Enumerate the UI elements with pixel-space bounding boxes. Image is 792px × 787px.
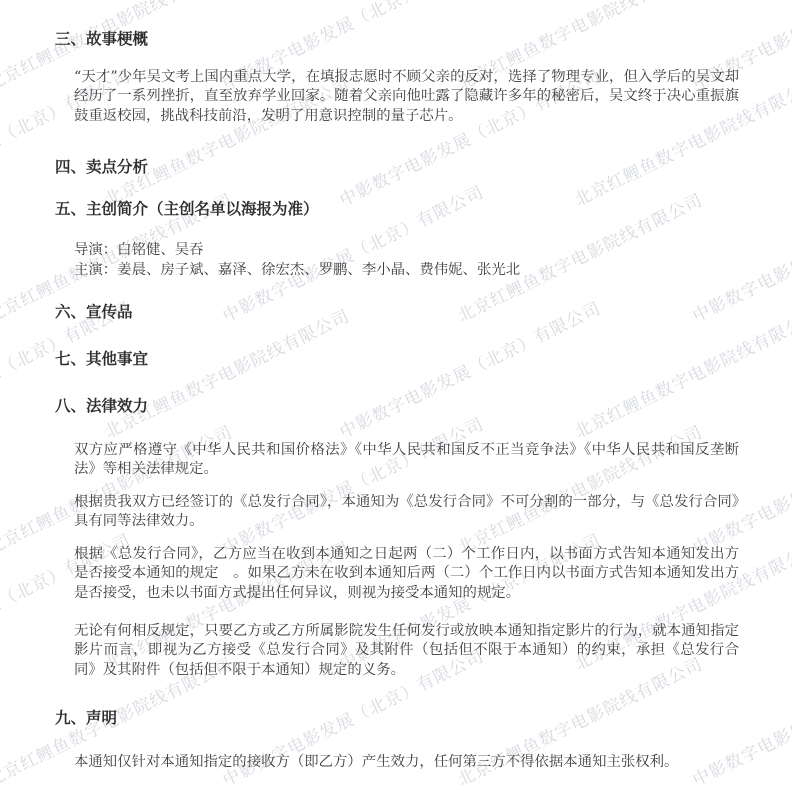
section-heading-promo-materials: 六、宣传品 [55,304,133,321]
director-line: 导演：白铭健、吴吞 [74,241,739,261]
section-heading-story-synopsis: 三、故事梗概 [55,31,148,48]
paragraph-legal-3: 根据《总发行合同》，乙方应当在收到本通知之日起两（二）个工作日内，以书面方式告知… [74,545,739,603]
credits-block: 导演：白铭健、吴吞 主演：姜晨、房子斌、嘉泽、徐宏杰、罗鹏、李小晶、费伟妮、张光… [74,241,739,280]
paragraph-legal-1: 双方应严格遵守《中华人民共和国价格法》《中华人民共和国反不正当竞争法》《中华人民… [74,441,739,480]
section-heading-statement: 九、声明 [55,710,117,727]
document-content: 三、故事梗概 “天才”少年吴文考上国内重点大学，在填报志愿时不顾父亲的反对，选择… [0,0,792,787]
paragraph-legal-4: 无论有何相反规定，只要乙方或乙方所属影院发生任何发行或放映本通知指定影片的行为，… [74,622,739,680]
cast-line: 主演：姜晨、房子斌、嘉泽、徐宏杰、罗鹏、李小晶、费伟妮、张光北 [74,261,739,281]
paragraph-legal-2: 根据贵我双方已经签订的《总发行合同》，本通知为《总发行合同》不可分割的一部分，与… [74,493,739,532]
section-heading-legal-effect: 八、法律效力 [55,398,148,415]
section-heading-selling-points: 四、卖点分析 [55,159,148,176]
section-heading-main-creators: 五、主创简介（主创名单以海报为准） [55,201,319,218]
paragraph-statement: 本通知仅针对本通知指定的接收方（即乙方）产生效力，任何第三方不得依据本通知主张权… [74,753,739,772]
section-heading-other-matters: 七、其他事宜 [55,351,148,368]
document-page: 中影数字电影发展（北京）有限公司北京红鲤鱼数字电影院线有限公司中影数字电影发展（… [0,0,792,787]
paragraph-story-synopsis: “天才”少年吴文考上国内重点大学，在填报志愿时不顾父亲的反对，选择了物理专业，但… [74,68,739,126]
